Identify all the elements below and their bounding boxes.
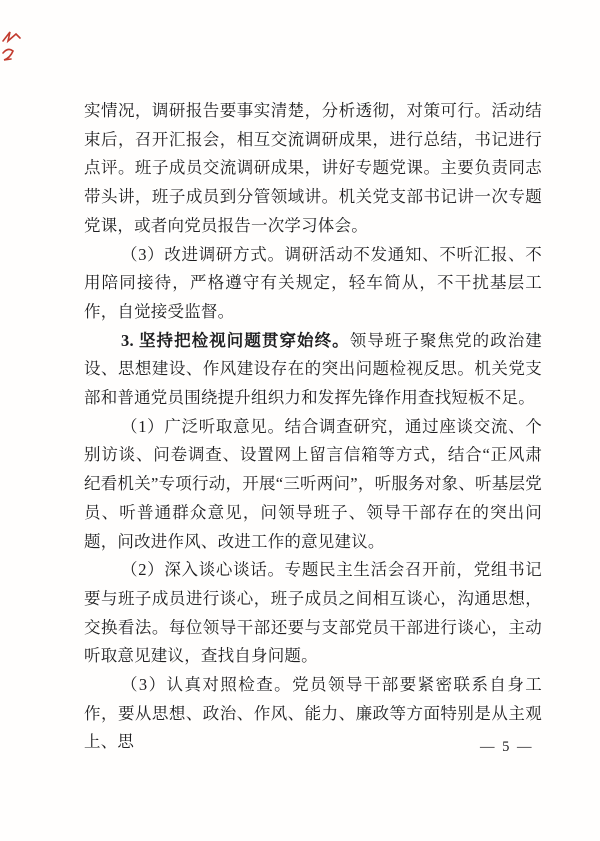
paragraph-text: （1）广泛听取意见。结合调查研究，通过座谈交流、个别访谈、问卷调查、设置网上留言… [84, 417, 542, 551]
paragraph: （2）深入谈心谈话。专题民主生活会召开前，党组书记要与班子成员进行谈心，班子成员… [84, 556, 542, 671]
paragraph-text: （2）深入谈心谈话。专题民主生活会召开前，党组书记要与班子成员进行谈心，班子成员… [84, 560, 542, 665]
red-pen-marks [1, 29, 27, 65]
paragraph-text: （3）认真对照检查。党员领导干部要紧密联系自身工作，要从思想、政治、作风、能力、… [84, 675, 542, 751]
paragraph-lead-bold: 3. 坚持把检视问题贯穿始终。 [121, 331, 350, 350]
paragraph: （3）认真对照检查。党员领导干部要紧密联系自身工作，要从思想、政治、作风、能力、… [84, 671, 542, 757]
red-pen-mark-1 [3, 32, 20, 41]
document-body: 实情况，调研报告要事实清楚，分析透彻，对策可行。活动结束后，召开汇报会，相互交流… [84, 97, 542, 757]
paragraph-text: 实情况，调研报告要事实清楚，分析透彻，对策可行。活动结束后，召开汇报会，相互交流… [84, 101, 542, 235]
scanned-document-page: 实情况，调研报告要事实清楚，分析透彻，对策可行。活动结束后，召开汇报会，相互交流… [0, 0, 600, 841]
paragraph: （3）改进调研方式。调研活动不发通知、不听汇报、不用陪同接待，严格遵守有关规定，… [84, 241, 542, 327]
paragraph: （1）广泛听取意见。结合调查研究，通过座谈交流、个别访谈、问卷调查、设置网上留言… [84, 413, 542, 557]
red-pen-mark-2 [3, 49, 13, 60]
paragraph-text: （3）改进调研方式。调研活动不发通知、不听汇报、不用陪同接待，严格遵守有关规定，… [84, 245, 542, 321]
paragraph: 实情况，调研报告要事实清楚，分析透彻，对策可行。活动结束后，召开汇报会，相互交流… [84, 97, 542, 241]
page-number: — 5 — [480, 739, 534, 756]
paragraph: 3. 坚持把检视问题贯穿始终。领导班子聚焦党的政治建设、思想建设、作风建设存在的… [84, 327, 542, 413]
